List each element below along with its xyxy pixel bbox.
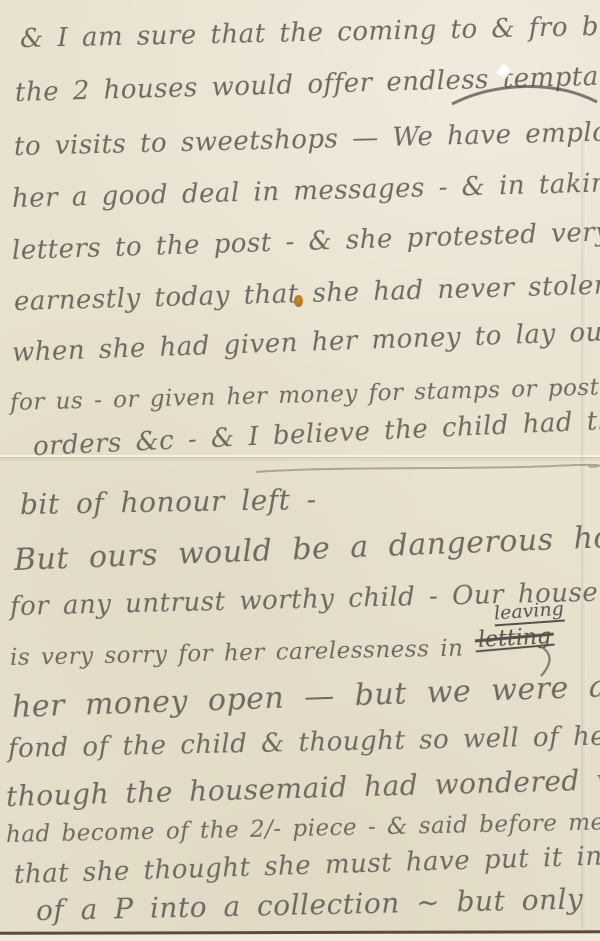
crossed-out-word: letting — [477, 624, 551, 653]
letter-line: when she had given her money to lay out — [11, 317, 600, 368]
letter-page: & I am sure that the coming to & fro bet… — [0, 0, 600, 941]
letter-line: fond of the child & thought so well of h… — [8, 721, 600, 764]
letter-line: that she thought she must have put it in… — [14, 839, 600, 890]
stain-spot — [294, 295, 303, 307]
letter-line: earnestly today that she had never stole… — [14, 270, 600, 317]
letter-line: bit of honour left - — [20, 483, 317, 521]
letter-line: the 2 houses would offer endless temptat… — [15, 60, 600, 108]
letter-line: to visits to sweetshops — We have employ… — [14, 116, 600, 162]
letter-line: her money open — but we were all so — [11, 667, 600, 725]
long-dash-stroke — [256, 465, 599, 472]
letter-line: is very sorry for her carelessness in — [10, 636, 464, 671]
paper-bottom-edge — [0, 930, 600, 941]
letter-line: had become of the 2/- piece - & said bef… — [6, 809, 600, 848]
letter-line: But ours would be a dangerous house — [13, 518, 600, 578]
letter-line: her a good deal in messages - & in takin… — [12, 168, 600, 214]
letter-line: of a P into a collection ~ but only — [36, 883, 584, 927]
letter-line: letters to the post - & she protested ve… — [12, 217, 600, 266]
inserted-word: leaving — [493, 598, 564, 627]
letter-line: though the housemaid had wondered what — [6, 762, 600, 813]
letter-line: & I am sure that the coming to & fro bet… — [20, 10, 600, 54]
